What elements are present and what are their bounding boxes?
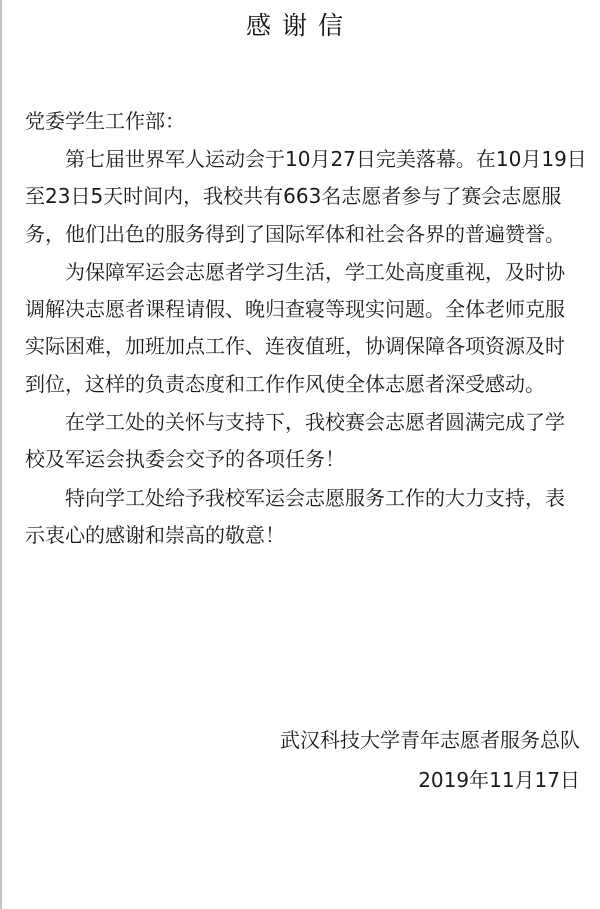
paragraph-line: 务，他们出色的服务得到了国际军体和社会各界的普遍赞誉。 bbox=[0, 216, 585, 253]
paragraph-line: 示衷心的感谢和崇高的敬意！ bbox=[0, 517, 585, 554]
paragraph-line: 实际困难，加班加点工作、连夜值班，协调保障各项资源及时 bbox=[0, 328, 585, 365]
paragraph-line: 在学工处的关怀与支持下，我校赛会志愿者圆满完成了学 bbox=[25, 404, 585, 441]
paragraph-1: 第七届世界军人运动会于10月27日完美落幕。在10月19日 至23日5天时间内，… bbox=[25, 141, 585, 253]
paragraph-line: 第七届世界军人运动会于10月27日完美落幕。在10月19日 bbox=[25, 141, 585, 178]
paragraph-line: 到位，这样的负责态度和工作作风使全体志愿者深受感动。 bbox=[0, 366, 585, 403]
paragraph-line: 为保障军运会志愿者学习生活，学工处高度重视，及时协 bbox=[25, 254, 585, 291]
paragraph-line: 调解决志愿者课程请假、晚归查寝等现实问题。全体老师克服 bbox=[0, 291, 585, 328]
paragraph-line: 特向学工处给予我校军运会志愿服务工作的大力支持，表 bbox=[25, 480, 585, 517]
signature-organization: 武汉科技大学青年志愿者服务总队 bbox=[280, 724, 580, 756]
letter-title: 感谢信 bbox=[0, 8, 600, 44]
salutation: 党委学生工作部： bbox=[25, 104, 585, 138]
paragraph-2: 为保障军运会志愿者学习生活，学工处高度重视，及时协 调解决志愿者课程请假、晚归查… bbox=[25, 254, 585, 403]
letter-body: 党委学生工作部： 第七届世界军人运动会于10月27日完美落幕。在10月19日 至… bbox=[25, 104, 585, 555]
paragraph-line: 至23日5天时间内，我校共有663名志愿者参与了赛会志愿服 bbox=[0, 178, 585, 215]
paragraph-4: 特向学工处给予我校军运会志愿服务工作的大力支持，表 示衷心的感谢和崇高的敬意！ bbox=[25, 480, 585, 555]
signature-date: 2019年11月17日 bbox=[418, 764, 580, 796]
paragraph-3: 在学工处的关怀与支持下，我校赛会志愿者圆满完成了学 校及军运会执委会交予的各项任… bbox=[25, 404, 585, 479]
paragraph-line: 校及军运会执委会交予的各项任务！ bbox=[0, 441, 585, 478]
